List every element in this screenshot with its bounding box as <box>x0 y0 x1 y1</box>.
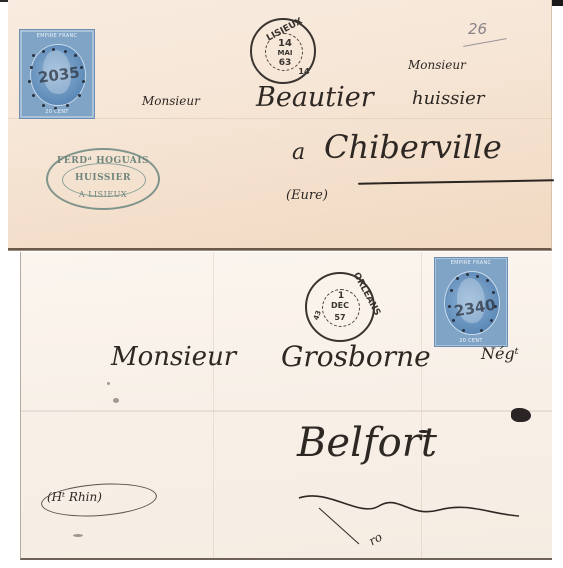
address-prefix: a <box>292 140 305 165</box>
scan-corner <box>551 0 563 6</box>
destination-town: Belfort <box>297 420 437 466</box>
pencil-underline <box>463 38 507 47</box>
postmark-year: 63 <box>274 59 296 68</box>
cachet-line2: HUISSIER <box>48 173 158 183</box>
dot-cancel <box>436 259 506 345</box>
destination-dept: (Eure) <box>286 188 328 203</box>
postmark-orleans: ORLEANS 1 DEC 57 43 <box>305 272 375 342</box>
postmark-dept: 43 <box>312 308 323 324</box>
recipient-title: Négᵗ <box>481 344 519 363</box>
cachet-line1: FERDᵈ HOGUAIS <box>48 156 158 166</box>
fold-line <box>21 410 552 412</box>
foxing-spot <box>73 534 83 537</box>
pencil-note: 26 <box>468 20 487 38</box>
fold-line <box>8 118 551 119</box>
postmark-month: MAI <box>274 50 296 57</box>
postmark-year: 57 <box>329 314 351 322</box>
postmark-day: 1 <box>331 292 351 301</box>
foxing-spot <box>113 398 119 403</box>
cover-top-envelope: EMPIRE FRANC 2035 20 CENT LISIEUX 14 MAI… <box>8 0 552 250</box>
dept-oval-marking <box>40 480 158 520</box>
destination-town: Chiberville <box>324 128 502 166</box>
ink-blot <box>511 408 531 422</box>
postmark-lisieux: LISIEUX 14 MAI 63 14 <box>250 18 316 84</box>
recipient-title: huissier <box>412 88 484 109</box>
salutation: Monsieur <box>142 94 200 108</box>
stamp-bottom: EMPIRE FRANC 2340 20 CENT <box>435 258 507 346</box>
huissier-cachet: FERDᵈ HOGUAIS HUISSIER A LISIEUX <box>46 148 160 210</box>
recipient-name: Grosborne <box>281 340 431 373</box>
address-flourish <box>289 488 529 548</box>
address-underline <box>358 179 554 184</box>
postmark-month: DEC <box>327 302 353 310</box>
stamp-bottom-text: 20 CENT <box>22 109 92 115</box>
recipient-name: Beautier <box>256 82 374 113</box>
ink-mark <box>419 430 429 433</box>
foxing-spot <box>107 382 110 385</box>
cachet-line3: A LISIEUX <box>48 190 158 199</box>
postmark-dept: 14 <box>296 68 312 76</box>
salutation-small: Monsieur <box>408 58 466 72</box>
fold-line-vertical <box>213 252 214 558</box>
stamp-top: EMPIRE FRANC 2035 20 CENT <box>20 30 94 118</box>
cover-bottom-letter: ORLEANS 1 DEC 57 43 EMPIRE FRANC 2340 20… <box>20 252 552 560</box>
postmark-day: 14 <box>274 39 296 49</box>
salutation: Monsieur <box>111 342 236 372</box>
dot-cancel <box>22 32 92 116</box>
